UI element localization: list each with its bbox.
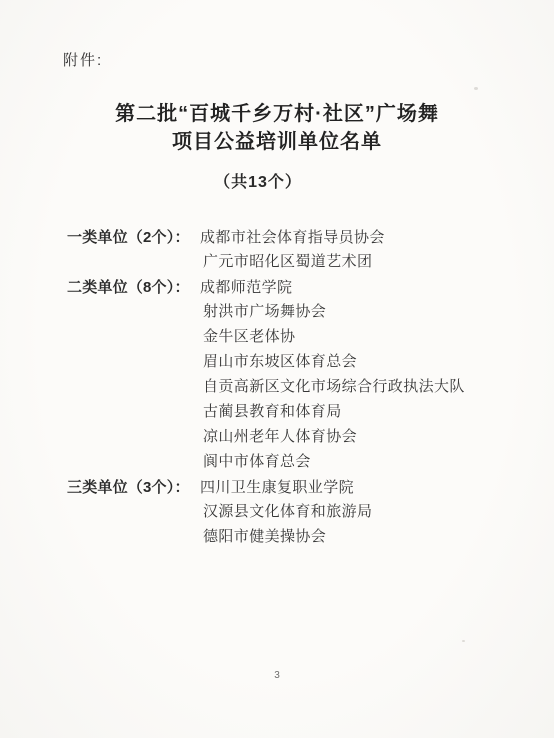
- list-line: 德阳市健美操协会: [67, 525, 527, 550]
- org-name: 四川卫生康复职业学院: [200, 476, 354, 501]
- list-line: 自贡高新区文化市场综合行政执法大队: [67, 375, 527, 400]
- list-line: 古蔺县教育和体育局: [67, 400, 527, 425]
- list-line: 阆中市体育总会: [67, 450, 527, 475]
- org-name: 汉源县文化体育和旅游局: [203, 500, 372, 525]
- list-line: 汉源县文化体育和旅游局: [67, 500, 527, 525]
- org-name: 射洪市广场舞协会: [203, 300, 326, 325]
- org-name: 阆中市体育总会: [203, 450, 311, 475]
- attachment-label: 附件:: [63, 49, 103, 70]
- list-line: 凉山州老年人体育协会: [67, 425, 527, 450]
- org-name: 德阳市健美操协会: [203, 525, 326, 550]
- org-name: 金牛区老体协: [203, 325, 295, 350]
- list-line: 金牛区老体协: [67, 325, 527, 350]
- list-line: 一类单位（2个）： 成都市社会体育指导员协会: [67, 225, 527, 250]
- org-name: 成都市社会体育指导员协会: [200, 226, 385, 251]
- org-name: 凉山州老年人体育协会: [203, 425, 357, 450]
- category-2-label: 二类单位（8个）：: [67, 275, 200, 300]
- list-line: 眉山市东坡区体育总会: [67, 350, 527, 375]
- title-line-1: 第二批“百城千乡万村·社区”广场舞: [0, 100, 554, 128]
- document-title: 第二批“百城千乡万村·社区”广场舞 项目公益培训单位名单: [0, 100, 554, 156]
- unit-list: 一类单位（2个）： 成都市社会体育指导员协会 广元市昭化区蜀道艺术团 二类单位（…: [67, 225, 527, 550]
- scan-speckle: [474, 87, 478, 90]
- category-3-label: 三类单位（3个）：: [67, 475, 200, 500]
- title-line-2: 项目公益培训单位名单: [0, 128, 554, 156]
- scanned-document-page: 附件: 第二批“百城千乡万村·社区”广场舞 项目公益培训单位名单 （共13个） …: [0, 0, 554, 738]
- org-name: 眉山市东坡区体育总会: [203, 350, 357, 375]
- total-count-note: （共13个）: [0, 169, 535, 192]
- category-1-label: 一类单位（2个）：: [67, 225, 200, 250]
- org-name: 广元市昭化区蜀道艺术团: [203, 250, 372, 275]
- list-line: 射洪市广场舞协会: [67, 300, 527, 325]
- org-name: 自贡高新区文化市场综合行政执法大队: [203, 375, 465, 400]
- list-line: 二类单位（8个）： 成都师范学院: [67, 275, 527, 300]
- page-number: 3: [0, 670, 554, 681]
- org-name: 成都师范学院: [200, 276, 292, 301]
- scan-speckle: [462, 640, 465, 642]
- list-line: 广元市昭化区蜀道艺术团: [67, 250, 527, 275]
- list-line: 三类单位（3个）： 四川卫生康复职业学院: [67, 475, 527, 500]
- org-name: 古蔺县教育和体育局: [203, 400, 342, 425]
